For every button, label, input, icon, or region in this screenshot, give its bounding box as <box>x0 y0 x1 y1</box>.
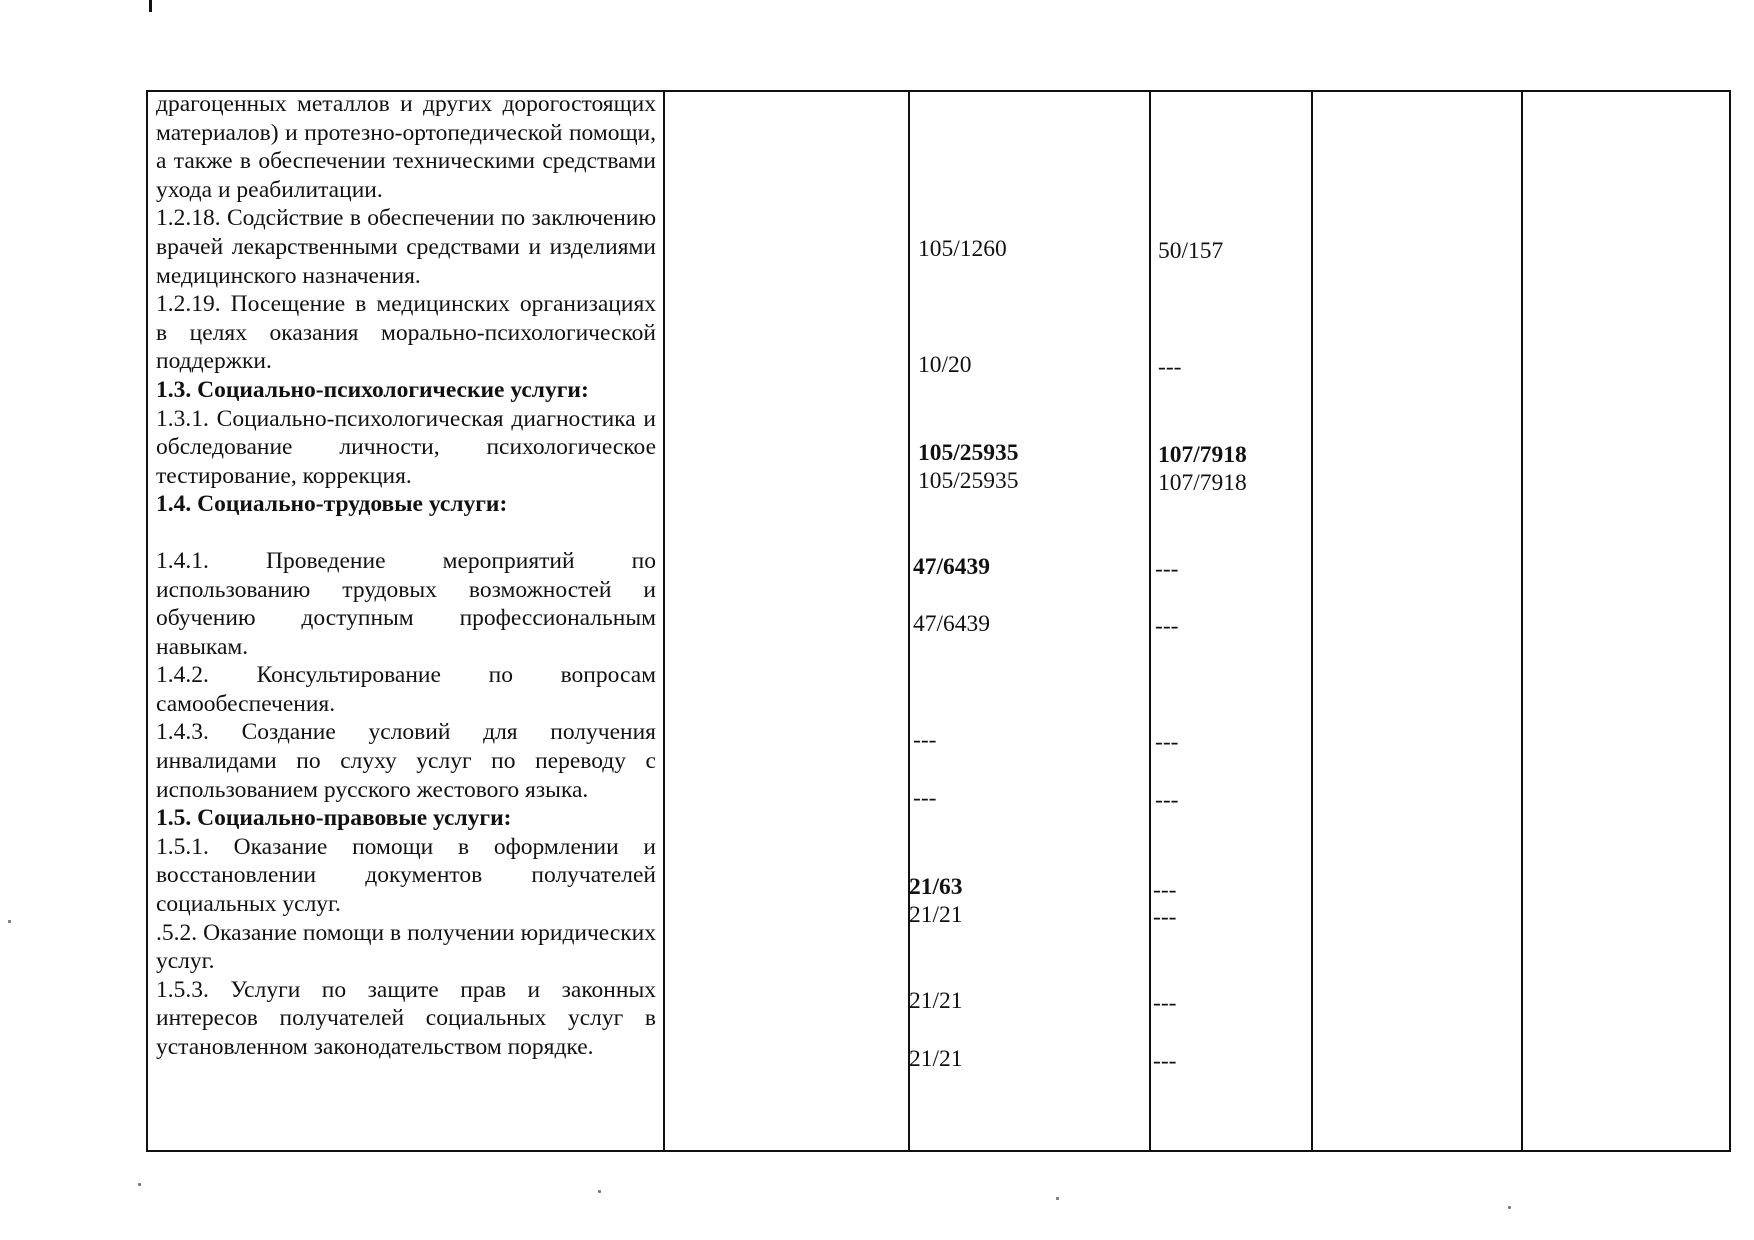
row-1.2.19-text: 1.2.19. Посещение в медицинских организа… <box>156 290 656 376</box>
column-border <box>146 90 148 1152</box>
column-border <box>1311 90 1313 1152</box>
row-1.4.1-col3: 47/6439 <box>913 610 990 638</box>
services-table: драгоценных металлов и других дорогостоя… <box>146 90 1731 1152</box>
scan-speck <box>8 920 11 923</box>
row-1.2.18-text: 1.2.18. Содсйствие в обеспечении по закл… <box>156 204 656 290</box>
row-1.3-heading: 1.3. Социально-психологические услуги: <box>156 376 656 405</box>
continued-text: драгоценных металлов и других дорогостоя… <box>156 90 656 204</box>
scan-speck <box>138 1183 141 1186</box>
column-border <box>1149 90 1151 1152</box>
row-1.4-col3: 47/6439 <box>913 553 990 581</box>
row-1.4.2-col4: --- <box>1155 728 1178 756</box>
row-1.5.3-col4: --- <box>1153 1047 1176 1075</box>
row-1.5-col4: --- <box>1153 876 1176 904</box>
scan-speck <box>598 1190 601 1193</box>
row-1.5.2-text: .5.2. Оказание помощи в получении юридич… <box>156 919 656 976</box>
row-1.4.3-col3: --- <box>913 784 936 812</box>
row-1.5.1-col4: --- <box>1153 903 1176 931</box>
row-1.4-heading: 1.4. Социально-трудовые услуги: <box>156 490 656 519</box>
row-1.5-col3: 21/63 <box>909 873 963 901</box>
scan-speck <box>1508 1206 1511 1209</box>
row-1.3-col3: 105/25935 <box>918 439 1019 467</box>
row-1.3-col4: 107/7918 <box>1158 441 1247 469</box>
row-1.4.1-text: 1.4.1. Проведение мероприятий по использ… <box>156 547 656 661</box>
description-column: драгоценных металлов и других дорогостоя… <box>156 90 656 1062</box>
row-1.5.3-col3: 21/21 <box>909 1045 963 1073</box>
row-1.4.2-col3: --- <box>913 726 936 754</box>
row-1.4.3-col4: --- <box>1155 786 1178 814</box>
row-1.5.2-col3: 21/21 <box>909 987 963 1015</box>
column-border <box>663 90 665 1152</box>
row-1.4.3-text: 1.4.3. Создание условий для получения ин… <box>156 718 656 804</box>
scan-speck <box>1056 1197 1059 1200</box>
row-1.5.2-col4: --- <box>1153 989 1176 1017</box>
row-1.2.18-col3: 105/1260 <box>918 235 1007 263</box>
row-1.3.1-text: 1.3.1. Социально-психологическая диагнос… <box>156 405 656 491</box>
column-border <box>1521 90 1523 1152</box>
row-1.5.1-col3: 21/21 <box>909 901 963 929</box>
row-1.3.1-col4: 107/7918 <box>1158 469 1247 497</box>
row-1.2.19-col4: --- <box>1158 353 1181 381</box>
row-1.5.3-text: 1.5.3. Услуги по защите прав и законных … <box>156 976 656 1062</box>
row-1.2.19-col3: 10/20 <box>918 351 972 379</box>
row-1.2.18-col4: 50/157 <box>1158 237 1223 265</box>
row-1.5-heading: 1.5. Социально-правовые услуги: <box>156 804 656 833</box>
row-1.4.1-col4: --- <box>1155 612 1178 640</box>
row-1.4-col4: --- <box>1155 555 1178 583</box>
row-1.5.1-text: 1.5.1. Оказание помощи в оформлении и во… <box>156 833 656 919</box>
column-border <box>1729 90 1731 1152</box>
scan-mark <box>149 0 152 12</box>
table-bottom-border <box>146 1150 1731 1152</box>
row-1.4.2-text: 1.4.2. Консультирование по вопросам само… <box>156 661 656 718</box>
row-1.3.1-col3: 105/25935 <box>918 467 1019 495</box>
